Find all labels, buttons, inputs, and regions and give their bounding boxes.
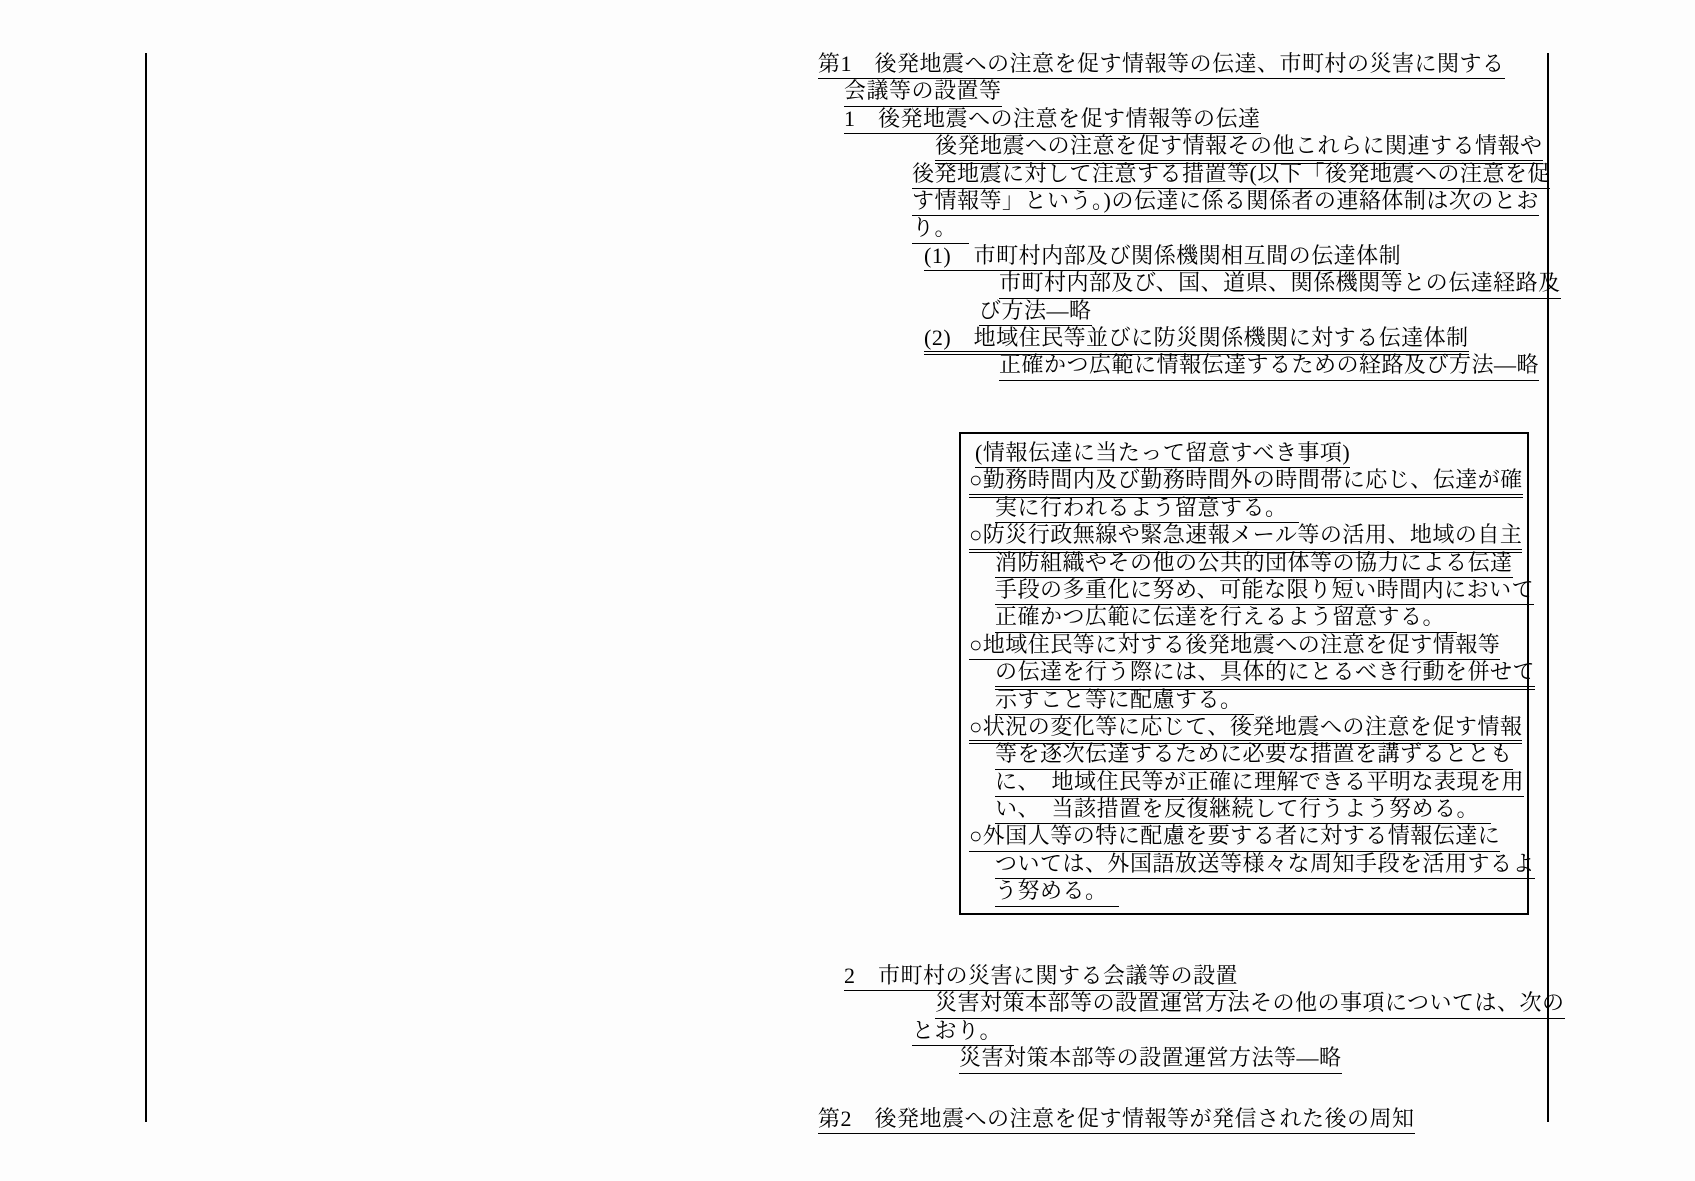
text-line: 1 後発地震への注意を促す情報等の伝達 xyxy=(818,105,1561,132)
text-line: び方法―略 xyxy=(818,297,1561,324)
section-dai1-heading-block: 第1 後発地震への注意を促す情報等の伝達、市町村の災害に関する会議等の設置等1 … xyxy=(818,50,1561,379)
text-line: ○地域住民等に対する後発地震への注意を促す情報等 xyxy=(969,631,1527,658)
text-line: い、 当該措置を反復継続して行うよう努める。 xyxy=(969,795,1527,822)
text-line: 手段の多重化に努め、可能な限り短い時間内において xyxy=(969,576,1527,603)
section-dai2-heading: 第2 後発地震への注意を促す情報等が発信された後の周知 xyxy=(818,1105,1415,1132)
text-line: ついては、外国語放送等様々な周知手段を活用するよ xyxy=(969,850,1527,877)
text-line: とおり。 xyxy=(818,1017,1565,1044)
text-line: 示すこと等に配慮する。 xyxy=(969,686,1527,713)
text-line: (2) 地域住民等並びに防災関係機関に対する伝達体制 xyxy=(818,324,1561,351)
text-line: り。 xyxy=(818,214,1561,241)
text-line: ○勤務時間内及び勤務時間外の時間帯に応じ、伝達が確 xyxy=(969,466,1527,493)
text-line: 市町村内部及び、国、道県、関係機関等との伝達経路及 xyxy=(818,269,1561,296)
text-line: 消防組織やその他の公共的団体等の協力による伝達 xyxy=(969,549,1527,576)
text-line: (情報伝達に当たって留意すべき事項) xyxy=(969,439,1527,466)
text-line: す情報等」という。)の伝達に係る関係者の連絡体制は次のとお xyxy=(818,187,1561,214)
text-line: 後発地震に対して注意する措置等(以下「後発地震への注意を促 xyxy=(818,160,1561,187)
text-line: 第1 後発地震への注意を促す情報等の伝達、市町村の災害に関する xyxy=(818,50,1561,77)
text-line: に、 地域住民等が正確に理解できる平明な表現を用 xyxy=(969,768,1527,795)
text-line: ○状況の変化等に応じて、後発地震への注意を促す情報 xyxy=(969,713,1527,740)
text-line: の伝達を行う際には、具体的にとるべき行動を併せて xyxy=(969,658,1527,685)
text-line: 第2 後発地震への注意を促す情報等が発信された後の周知 xyxy=(818,1105,1415,1132)
text-line: 災害対策本部等の設置運営方法その他の事項については、次の xyxy=(818,989,1565,1016)
information-transmission-note-box: (情報伝達に当たって留意すべき事項)○勤務時間内及び勤務時間外の時間帯に応じ、伝… xyxy=(959,432,1529,915)
text-line: 会議等の設置等 xyxy=(818,77,1561,104)
text-line: 実に行われるよう留意する。 xyxy=(969,494,1527,521)
text-line: 正確かつ広範に伝達を行えるよう留意する。 xyxy=(969,603,1527,630)
section-municipal-meetings-block: 2 市町村の災害に関する会議等の設置災害対策本部等の設置運営方法その他の事項につ… xyxy=(818,962,1565,1072)
text-line: ○防災行政無線や緊急速報メール等の活用、地域の自主 xyxy=(969,521,1527,548)
text-line: 等を逐次伝達するために必要な措置を講ずるととも xyxy=(969,740,1527,767)
text-line: 2 市町村の災害に関する会議等の設置 xyxy=(818,962,1565,989)
document-page: { "page": { "width": 1695, "height": 118… xyxy=(0,0,1695,1181)
text-line: 正確かつ広範に情報伝達するための経路及び方法―略 xyxy=(818,351,1561,378)
text-line: (1) 市町村内部及び関係機関相互間の伝達体制 xyxy=(818,242,1561,269)
text-line: ○外国人等の特に配慮を要する者に対する情報伝達に xyxy=(969,822,1527,849)
text-line: 災害対策本部等の設置運営方法等―略 xyxy=(818,1044,1565,1071)
text-line: 後発地震への注意を促す情報その他これらに関連する情報や xyxy=(818,132,1561,159)
left-page-rule xyxy=(145,53,147,1122)
text-line: う努める。 xyxy=(969,877,1527,904)
